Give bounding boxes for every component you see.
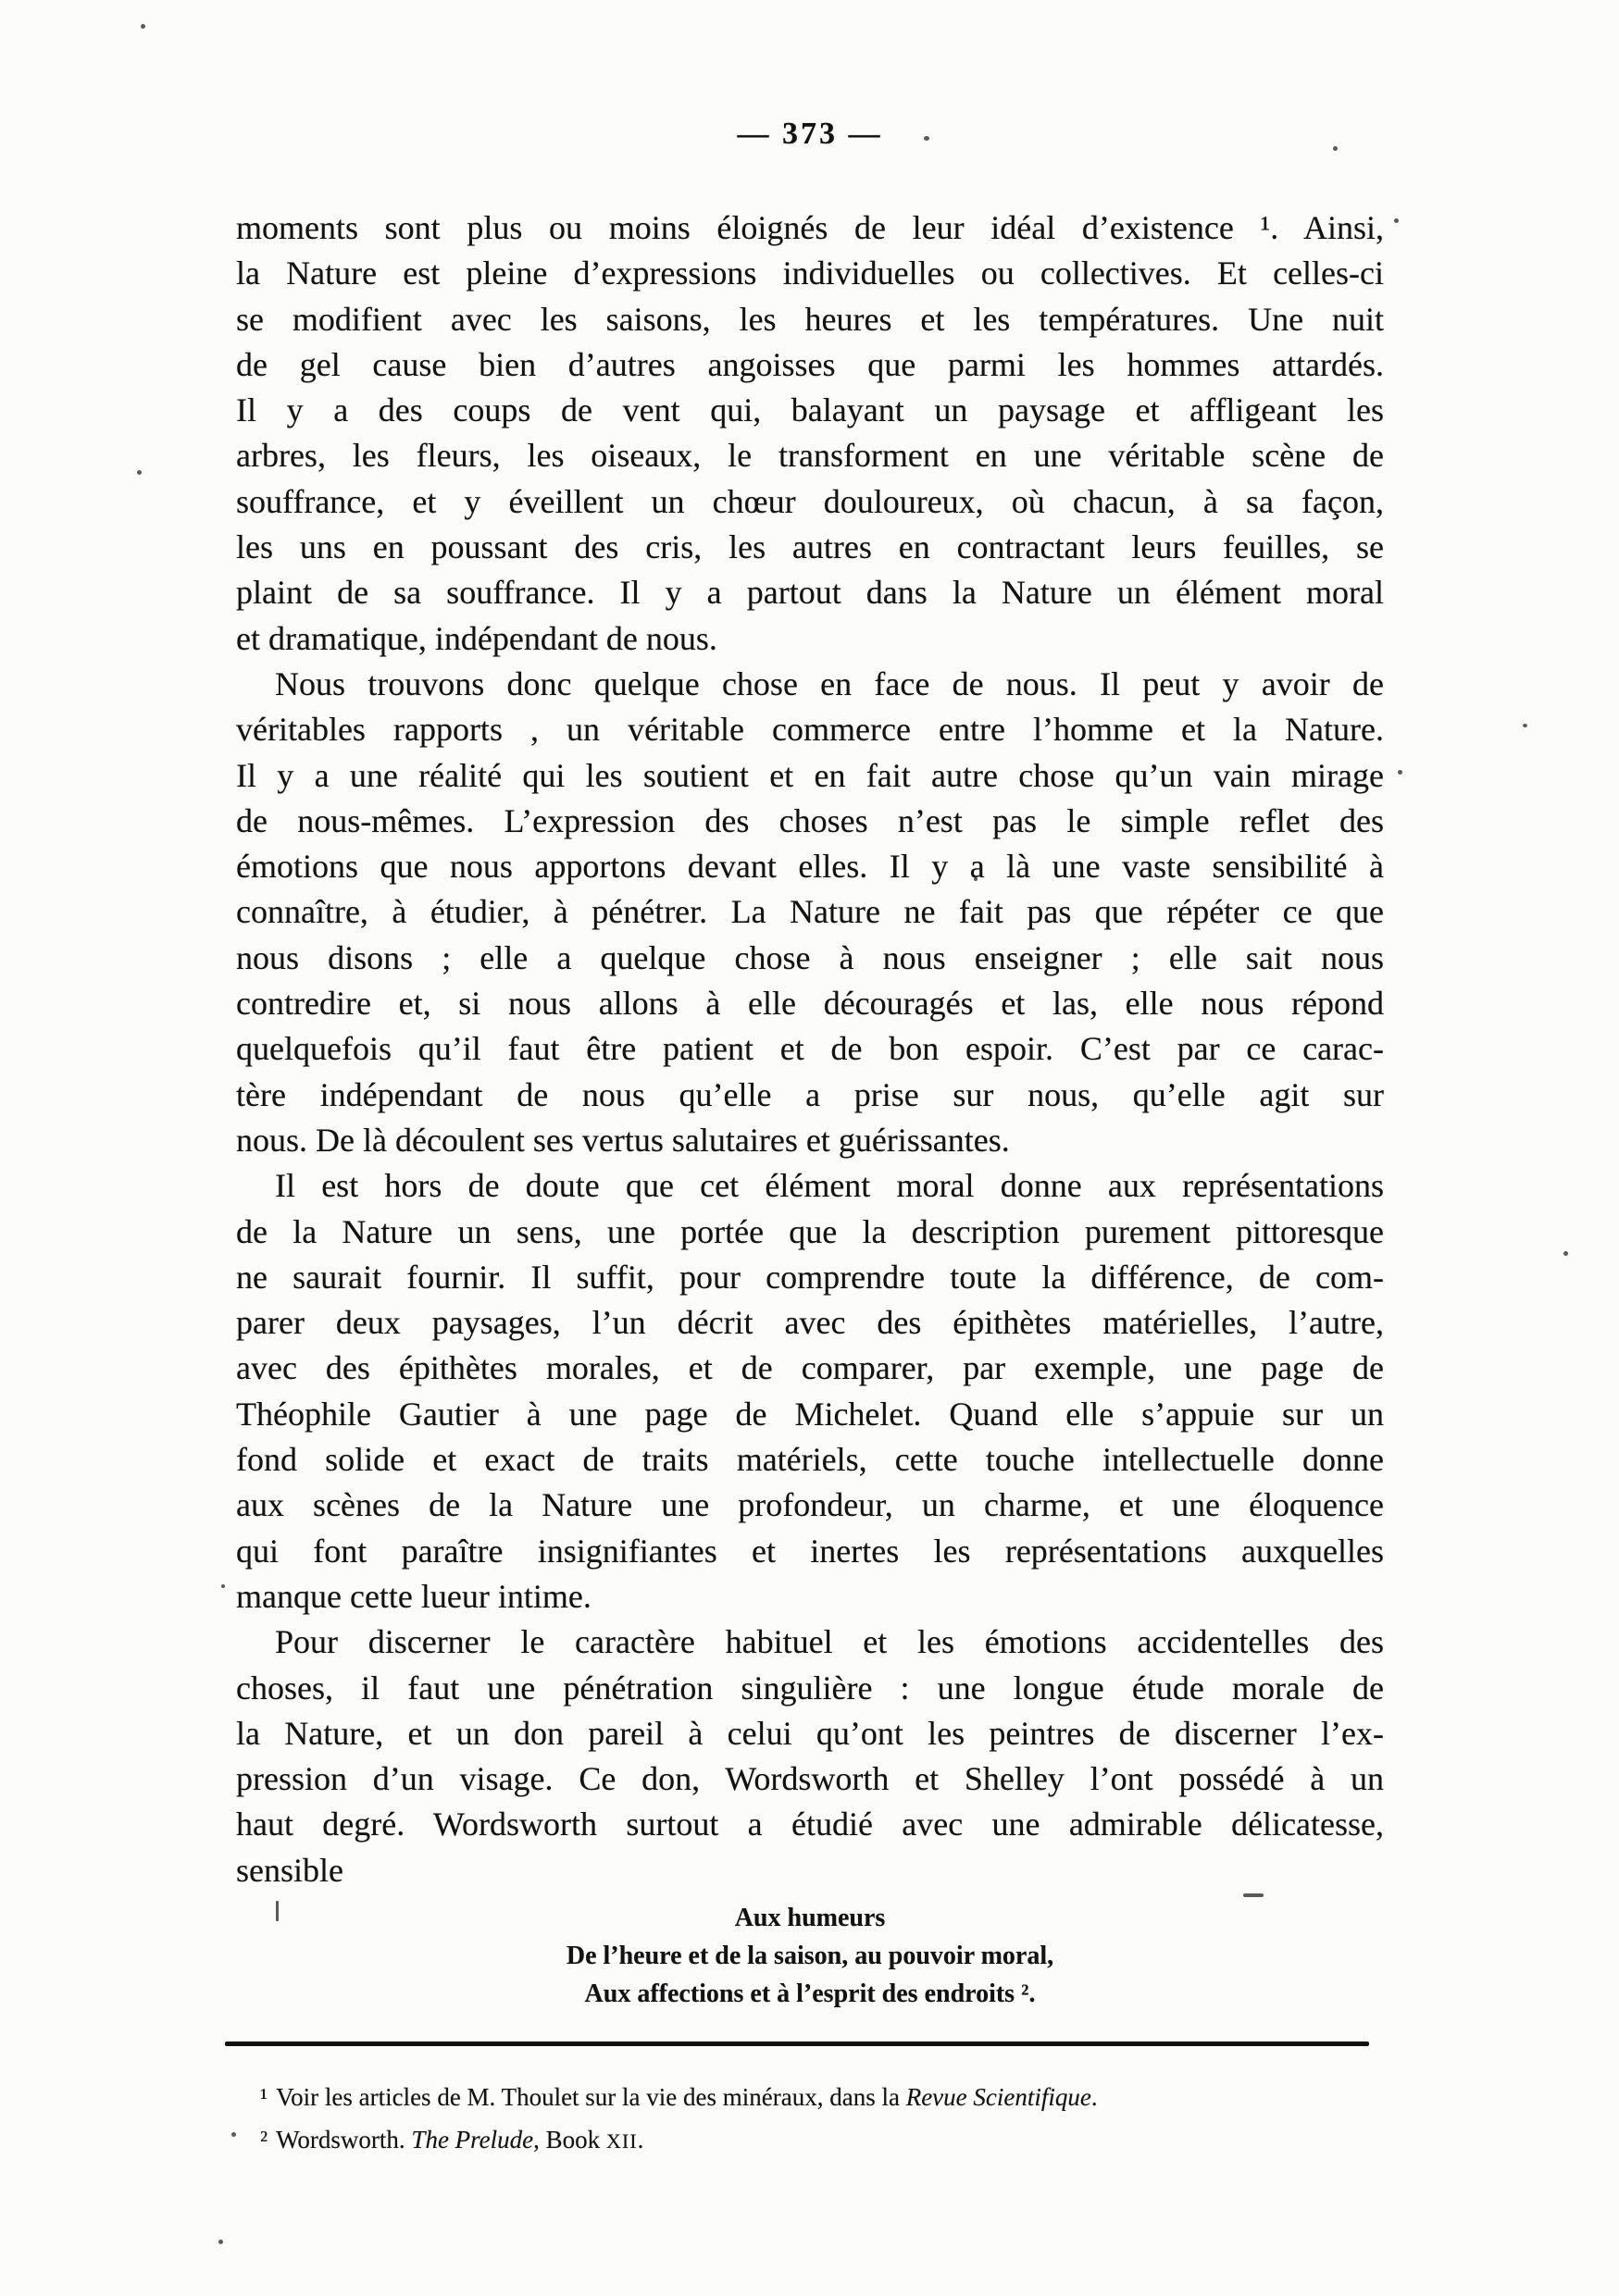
verse-line: Aux affections et à l’esprit des endroit… [236,1975,1384,2013]
scan-speck [1398,770,1402,775]
text-line: pression d’un visage. Ce don, Wordsworth… [236,1756,1384,1802]
text-line: choses, il faut une pénétration singuliè… [236,1666,1384,1711]
text-line: connaître, à étudier, à pénétrer. La Nat… [236,889,1384,935]
scan-speck [1563,1251,1568,1256]
scan-speck [231,2132,236,2137]
scan-speck [218,2240,223,2244]
footnote-divider [225,2042,1369,2046]
text-line: quelquefois qu’il faut être patient et d… [236,1026,1384,1072]
footnote-text: , Book [533,2126,606,2153]
text-line: souffrance, et y éveillent un chœur doul… [236,479,1384,525]
text-line: moments sont plus ou moins éloignés de l… [236,205,1384,251]
paragraph: Nous trouvons donc quelque chose en face… [236,662,1384,1163]
text-line: émotions que nous apportons devant elles… [236,844,1384,889]
text-line: de la Nature un sens, une portée que la … [236,1210,1384,1255]
footnote-text: Revue Scientifique [906,2083,1091,2111]
scan-speck [1243,1893,1264,1897]
footnote-text: . [638,2126,644,2153]
scan-speck [1523,724,1527,727]
scan-speck [1394,218,1399,223]
text-line: Il y a des coups de vent qui, balayant u… [236,388,1384,433]
footnote-marker: ¹ [260,2083,268,2111]
text-line: tère indépendant de nous qu’elle a prise… [236,1073,1384,1118]
footnote-text: The Prelude [411,2126,533,2153]
footnote-text: Wordsworth. [276,2126,411,2153]
text-line: haut degré. Wordsworth surtout a étudié … [236,1802,1384,1847]
text-line: Il y a une réalité qui les soutient et e… [236,753,1384,799]
text-line: avec des épithètes morales, et de compar… [236,1346,1384,1391]
verse-line: De l’heure et de la saison, au pouvoir m… [236,1937,1384,1975]
text-line: fond solide et exact de traits matériels… [236,1437,1384,1483]
footnote-marker: ² [260,2126,268,2153]
text-line: la Nature est pleine d’expressions indiv… [236,251,1384,296]
scan-speck [974,877,978,881]
scan-speck [141,24,145,29]
verse-quote: Aux humeursDe l’heure et de la saison, a… [236,1899,1384,2013]
text-line: Nous trouvons donc quelque chose en face… [236,662,1384,707]
text-line: contredire et, si nous allons à elle déc… [236,981,1384,1026]
paragraph: Pour discerner le caractère habituel et … [236,1620,1384,1893]
text-line: arbres, les fleurs, les oiseaux, le tran… [236,433,1384,478]
verse-line: Aux humeurs [236,1899,1384,1937]
text-line: Théophile Gautier à une page de Michelet… [236,1392,1384,1437]
scan-speck [1333,146,1338,151]
text-line: la Nature, et un don pareil à celui qu’o… [236,1711,1384,1756]
footnote: ¹Voir les articles de M. Thoulet sur la … [236,2076,1384,2118]
text-line: les uns en poussant des cris, les autres… [236,525,1384,570]
text-line: de gel cause bien d’autres angoisses que… [236,342,1384,388]
text-line: ne saurait fournir. Il suffit, pour comp… [236,1255,1384,1300]
text-line: aux scènes de la Nature une profondeur, … [236,1483,1384,1528]
scan-speck [221,1584,225,1588]
text-line: parer deux paysages, l’un décrit avec de… [236,1300,1384,1346]
scan-speck [276,1901,279,1921]
text-line: plaint de sa souffrance. Il y a partout … [236,570,1384,615]
text-line: manque cette lueur intime. [236,1574,1384,1620]
text-line: de nous-mêmes. L’expression des choses n… [236,799,1384,844]
text-line: véritables rapports , un véritable comme… [236,707,1384,752]
footnote-text: . [1091,2083,1098,2111]
text-line: nous disons ; elle a quelque chose à nou… [236,936,1384,981]
text-line: Pour discerner le caractère habituel et … [236,1620,1384,1665]
footnote-text: XII [606,2129,638,2153]
text-line: nous. De là découlent ses vertus salutai… [236,1118,1384,1163]
footnote: ²Wordsworth. The Prelude, Book XII. [236,2118,1384,2163]
text-line: Il est hors de doute que cet élément mor… [236,1163,1384,1209]
text-line: sensible [236,1848,1384,1893]
book-page: — 373 — moments sont plus ou moins éloig… [0,0,1619,2296]
footnotes: ¹Voir les articles de M. Thoulet sur la … [236,2076,1384,2163]
page-number: — 373 — [236,117,1384,152]
paragraph: moments sont plus ou moins éloignés de l… [236,205,1384,662]
footnote-text: Voir les articles de M. Thoulet sur la v… [276,2083,906,2111]
paragraph: Il est hors de doute que cet élément mor… [236,1163,1384,1620]
text-line: se modifient avec les saisons, les heure… [236,297,1384,342]
text-line: et dramatique, indépendant de nous. [236,616,1384,662]
scan-speck [137,470,142,475]
text-line: qui font paraître insignifiantes et iner… [236,1529,1384,1574]
body-text: moments sont plus ou moins éloignés de l… [236,205,1384,1893]
scan-speck [924,136,929,141]
